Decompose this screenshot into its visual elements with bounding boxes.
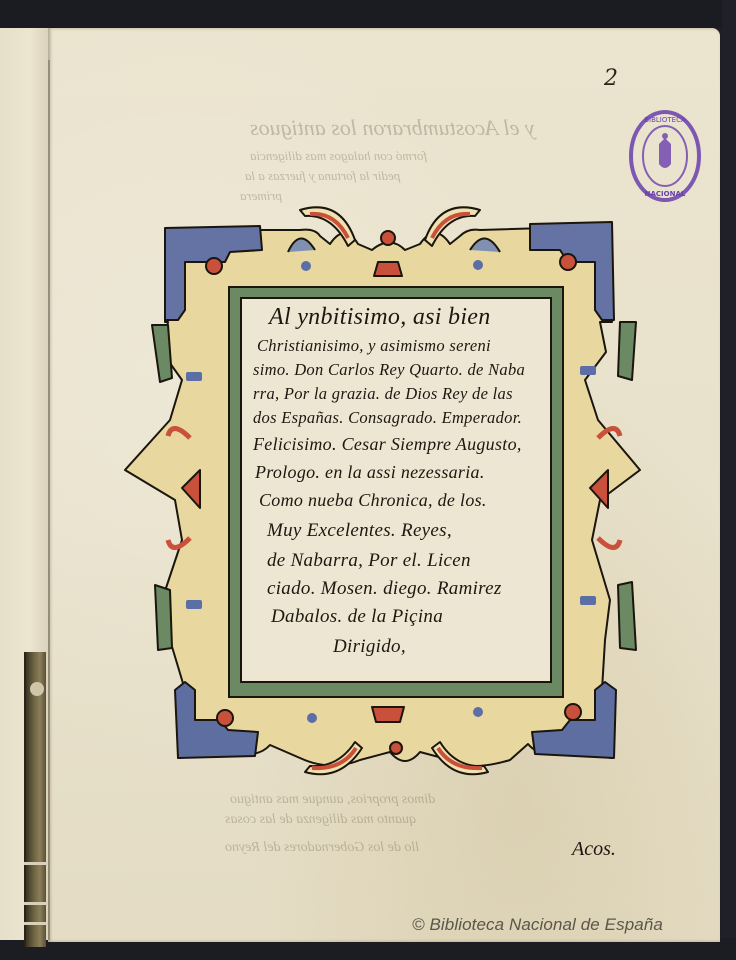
title-line: de Nabarra, Por el. Licen — [267, 550, 471, 572]
title-line: simo. Don Carlos Rey Quarto. de Naba — [253, 360, 525, 380]
title-line: ciado. Mosen. diego. Ramirez — [267, 578, 502, 600]
copyright-notice: © Biblioteca Nacional de España — [412, 915, 663, 935]
title-line: Dabalos. de la Piçina — [271, 606, 443, 628]
catchword: Acos. — [572, 838, 616, 861]
title-line: Felicisimo. Cesar Siempre Augusto, — [253, 434, 522, 455]
title-line: Como nueba Chronica, de los. — [259, 490, 487, 511]
title-line: Muy Excelentes. Reyes, — [267, 520, 452, 542]
title-line: rra, Por la grazia. de Dios Rey de las — [253, 384, 513, 404]
dedication-text-block: Al ynbitisimo, asi bien Christianisimo, … — [243, 300, 549, 678]
title-line: dos Españas. Consagrado. Emperador. — [253, 408, 522, 428]
title-line: Dirigido, — [333, 636, 406, 658]
title-line: Al ynbitisimo, asi bien — [269, 304, 491, 331]
title-line: Christianisimo, y asimismo sereni — [257, 336, 491, 356]
title-line: Prologo. en la assi nezessaria. — [255, 462, 485, 483]
